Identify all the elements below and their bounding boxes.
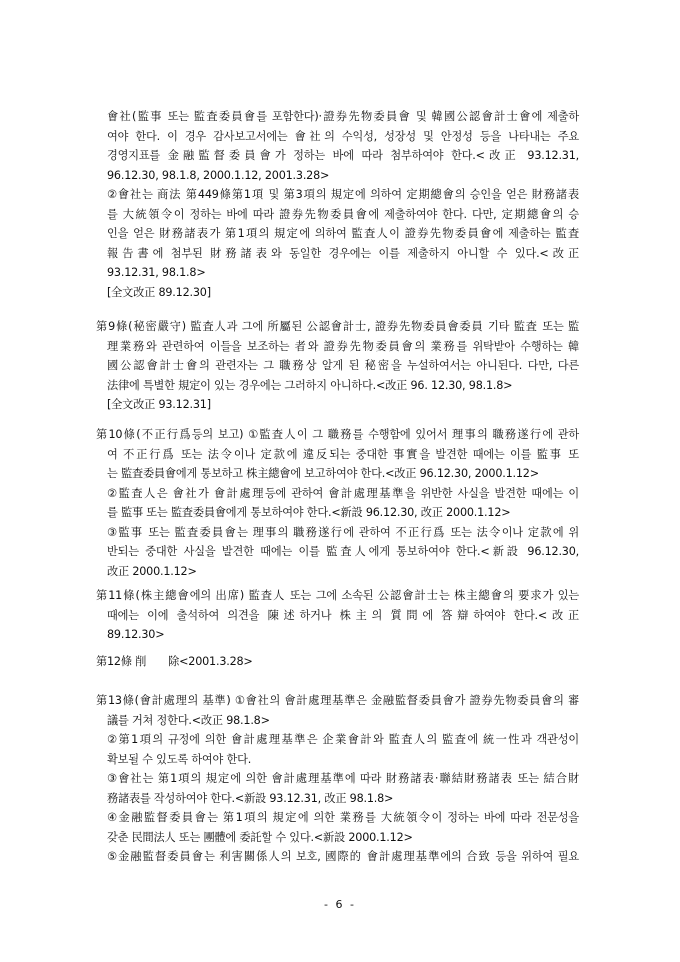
text-line: ②第1項의 규정에 의한 會計處理基準은 企業會計와 監査人의 監査에 統一性과…: [107, 733, 579, 747]
document-page: 會社(監事 또는 監査委員會를 포함한다)·證券先物委員會 및 韓國公認會計士會…: [0, 0, 680, 962]
article-heading-line: 第11條(株主總會에의 出席) 監査人 또는 그에 소속된 公認會計士는 株主總…: [96, 589, 579, 603]
text-line: ③監事 또는 監査委員會는 理事의 職務遂行에 관하여 不正行爲 또는 法令이나…: [107, 526, 579, 540]
text-line: 때에는 이에 출석하여 의견을 陳述하거나 株主의 質問에 答辯하여야 한다.<…: [107, 609, 579, 623]
text-line: 를 大統領令이 정하는 바에 따라 證券先物委員會에 제출하여야 한다. 다만,…: [107, 208, 579, 222]
text-line: 96.12.30, 98.1.8, 2000.1.12, 2001.3.28>: [107, 169, 579, 183]
text-line: 여야 한다. 이 경우 감사보고서에는 會社의 수익성, 성장성 및 안정성 등…: [107, 130, 579, 144]
text-line: ③會社는 第1項의 規定에 의한 會計處理基準에 따라 財務諸表·聯結財務諸表 …: [107, 772, 579, 786]
text-line: 報告書에 첨부된 財務諸表와 동일한 경우에는 이를 제출하지 아니할 수 있다…: [107, 247, 579, 261]
text-line: 會社(監事 또는 監査委員會를 포함한다)·證券先物委員會 및 韓國公認會計士會…: [107, 110, 579, 124]
text-line: 는 監査委員會에게 통보하고 株主總會에 보고하여야 한다.<改正 96.12.…: [107, 467, 579, 481]
text-line: 議를 거쳐 정한다.<改正 98.1.8>: [107, 714, 579, 728]
text-line: 를 監事 또는 監査委員會에게 통보하여야 한다.<新設 96.12.30, 改…: [107, 506, 579, 520]
text-line: ⑤金融監督委員會는 利害關係人의 보호, 國際的 會計處理基準에의 合致 등을 …: [107, 850, 579, 864]
text-line: 경영지표를 金融監督委員會가 정하는 바에 따라 첨부하여야 한다.<改正 93…: [107, 149, 579, 163]
text-line: ④金融監督委員會는 第1項의 規定에 의한 業務를 大統領令이 정하는 바에 따…: [107, 811, 579, 825]
text-line: 國公認會計士會의 관련자는 그 職務상 알게 된 秘密을 누설하여서는 아니된다…: [107, 359, 579, 373]
text-line: [全文改正 89.12.30]: [107, 286, 579, 300]
text-line: ②會社는 商法 第449條第1項 및 第3項의 規定에 의하여 定期總會의 승인…: [107, 188, 579, 202]
text-line: 인을 얻은 財務諸表가 第1項의 規定에 의하여 監査人이 證券先物委員會에 제…: [107, 227, 579, 241]
text-line: 法律에 특별한 規定이 있는 경우에는 그러하지 아니하다.<改正 96. 12…: [107, 379, 579, 393]
text-line: 93.12.31, 98.1.8>: [107, 266, 579, 280]
article-heading-line: 第9條(秘密嚴守) 監査人과 그에 所屬된 公認會計士, 證券先物委員會委員 기…: [96, 320, 579, 334]
text-line: 改正 2000.1.12>: [107, 565, 579, 579]
article-heading-line: 第10條(不正行爲등의 보고) ①監査人이 그 職務를 수행함에 있어서 理事의…: [96, 428, 579, 442]
text-line: 반되는 중대한 사실을 발견한 때에는 이를 監査人에게 통보하여야 한다.<新…: [107, 545, 579, 559]
article-heading-line: 第13條(會計處理의 基準) ①會社의 會計處理基準은 金融監督委員會가 證券先…: [96, 694, 579, 708]
page-number: - 6 -: [0, 898, 680, 911]
text-line: [全文改正 93.12.31]: [107, 398, 579, 412]
text-line: ②監査人은 會社가 會計處理등에 관하여 會計處理基準을 위반한 사실을 발견한…: [107, 487, 579, 501]
text-line: 갖춘 民間法人 또는 團體에 委託할 수 있다.<新設 2000.1.12>: [107, 831, 579, 845]
text-line: 務諸表를 작성하여야 한다.<新設 93.12.31, 改正 98.1.8>: [107, 792, 579, 806]
text-line: 89.12.30>: [107, 628, 579, 642]
article-heading-line: 第12條 削 除<2001.3.28>: [96, 655, 579, 669]
text-line: 理業務와 관련하여 이들을 보조하는 者와 證券先物委員會의 業務를 위탁받아 …: [107, 340, 579, 354]
text-line: 여 不正行爲 또는 法令이나 定款에 違反되는 중대한 事實을 발견한 때에는 …: [107, 448, 579, 462]
text-line: 확보될 수 있도록 하여야 한다.: [107, 753, 579, 767]
